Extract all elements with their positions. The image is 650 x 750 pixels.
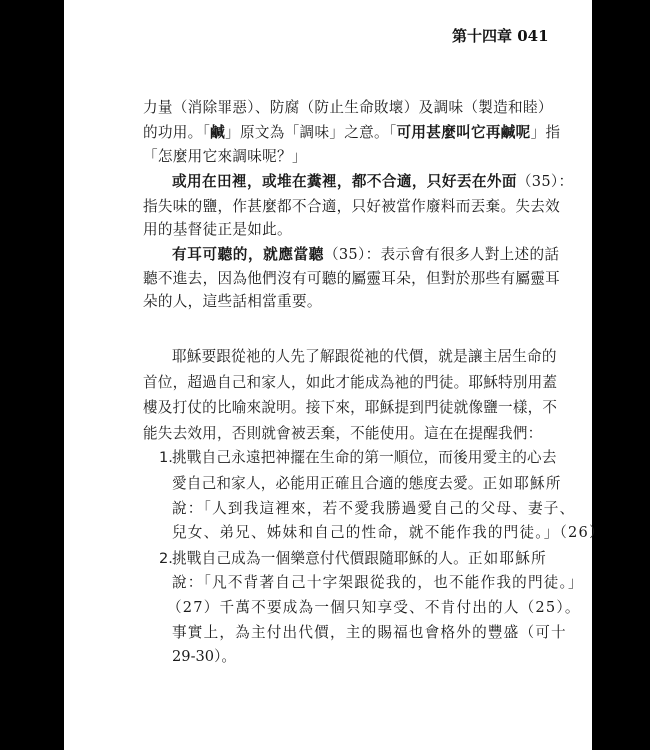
list-item-line: 29-30）。 [172, 647, 523, 667]
paragraph-line: 「怎麼用它來調味呢？」 [143, 147, 523, 167]
text-span: 愛自己和家人，必能用正確且合適的態度去愛。 [172, 475, 483, 492]
scripture-quote-line: 兒女、弟兄、姊妹和自己的性命，就不能作我的門徒。」（26） [172, 523, 523, 543]
verse-lead: 有耳可聽的，就應當聽 [172, 246, 324, 263]
emphasis-quote: 可用甚麼叫它再鹹呢 [397, 124, 531, 141]
paragraph-line: 用的基督徒正是如此。 [143, 220, 523, 240]
list-item-line: 挑戰自己成為一個樂意付代價跟隨耶穌的人。正如耶穌所 [172, 549, 523, 569]
text-span: 的功用。「 [143, 124, 210, 141]
paragraph-line: 指失味的鹽，作甚麼都不合適，只好被當作廢料而丟棄。失去效 [143, 197, 523, 217]
running-header: 第十四章 041 [452, 25, 538, 46]
emphasis-term: 鹹 [210, 124, 225, 141]
verse-lead: 或用在田裡，或堆在糞裡，都不合適，只好丟在外面 [172, 173, 517, 190]
paragraph-line: 耶穌要跟從祂的人先了解跟從祂的代價，就是讓主居生命的 [172, 347, 523, 367]
paragraph-line: 首位，超過自己和家人，如此才能成為祂的門徒。耶穌特別用蓋 [143, 373, 523, 393]
quote-intro: 正如耶穌所 [483, 475, 562, 492]
paragraph-line: 朵的人，這些話相當重要。 [143, 292, 523, 312]
list-item-line: 愛自己和家人，必能用正確且合適的態度去愛。正如耶穌所 [172, 474, 523, 494]
scripture-quote-line: 說：「凡不背著自己十字架跟從我的，也不能作我的門徒。」 [172, 573, 523, 593]
book-page: 第十四章 041 力量（消除罪惡）、防腐（防止生命敗壞）及調味（製造和睦） 的功… [64, 0, 592, 750]
list-marker: 2. [159, 549, 173, 569]
list-item-line: 挑戰自己永遠把神擺在生命的第一順位，而後用愛主的心去 [172, 448, 523, 468]
text-span: 」原文為「調味」之意。「 [225, 124, 396, 141]
paragraph-line: 樓及打仗的比喻來說明。接下來，耶穌提到門徒就像鹽一樣，不 [143, 398, 523, 418]
list-item-line: （27）千萬不要成為一個只知享受、不肯付出的人（25）。 [167, 598, 523, 618]
paragraph-line: 或用在田裡，或堆在糞裡，都不合適，只好丟在外面（35）： [172, 172, 523, 192]
chapter-title: 第十四章 [452, 27, 512, 45]
verse-ref: （35）：表示會有很多人對上述的話 [324, 246, 559, 263]
text-span: 」指 [531, 124, 561, 141]
paragraph-line: 能失去效用，否則就會被丟棄，不能使用。這在在提醒我們： [143, 424, 523, 444]
paragraph-line: 有耳可聽的，就應當聽（35）：表示會有很多人對上述的話 [172, 245, 523, 265]
verse-ref: （35）： [517, 173, 574, 190]
text-span: 挑戰自己成為一個樂意付代價跟隨耶穌的人。 [172, 550, 468, 567]
paragraph-line: 力量（消除罪惡）、防腐（防止生命敗壞）及調味（製造和睦） [143, 98, 523, 118]
paragraph-line: 的功用。「鹹」原文為「調味」之意。「可用甚麼叫它再鹹呢」指 [143, 123, 523, 143]
quote-intro: 正如耶穌所 [468, 550, 547, 567]
scripture-quote-line: 說：「人到我這裡來，若不愛我勝過愛自己的父母、妻子、 [172, 499, 523, 519]
paragraph-line: 聽不進去，因為他們沒有可聽的屬靈耳朵，但對於那些有屬靈耳 [143, 269, 523, 289]
page-number: 041 [517, 27, 548, 45]
list-item-line: 事實上，為主付出代價，主的賜福也會格外的豐盛（可十 [172, 623, 523, 643]
list-marker: 1. [159, 448, 173, 468]
